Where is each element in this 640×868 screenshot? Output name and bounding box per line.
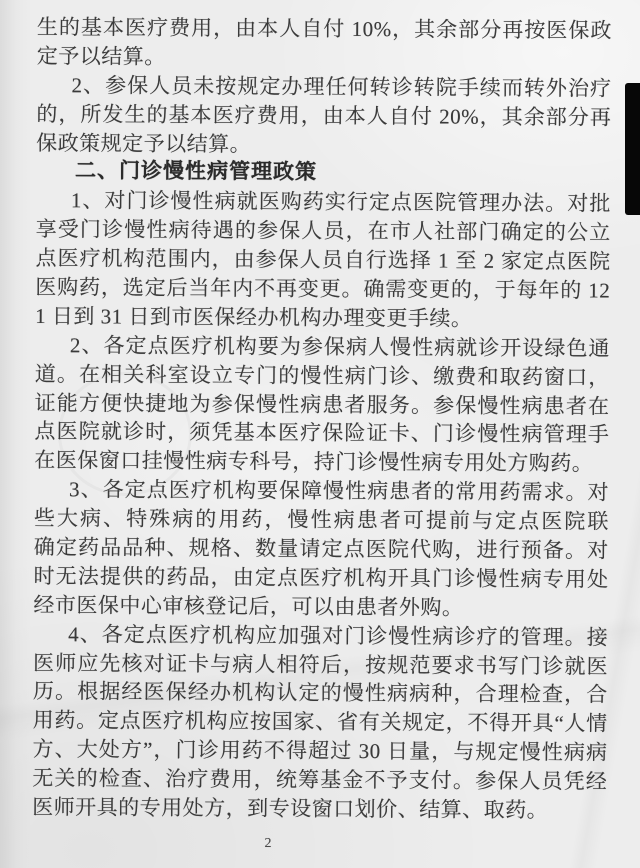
text-line: 在医保窗口挂慢性病专科号，持门诊慢性病专用处方购药。 [34,446,609,478]
text-line: 证能方便快捷地为参保慢性病患者服务。参保慢性病患者在定 [35,389,610,421]
text-line: 1、对门诊慢性病就医购药实行定点医院管理办法。对批准 [36,186,611,218]
text-line: 1 日到 31 日到市医保经办机构办理变更手续。 [35,302,610,334]
text-line: 4、各定点医疗机构应加强对门诊慢性病诊疗的管理。接诊 [33,620,608,652]
text-line: 点医疗机构范围内，由参保人员自行选择 1 至 2 家定点医院就 [35,244,610,276]
text-line: 2、参保人员未按规定办理任何转诊转院手续而转外治疗 [36,71,611,103]
text-line: 医师应先核对证卡与病人相符后，按规范要求书写门诊就医病 [33,649,608,681]
text-line: 些大病、特殊病的用药，慢性病患者可提前与定点医院联系， [34,504,609,536]
text-line: 3、各定点医疗机构要保障慢性病患者的常用药需求。对一 [34,475,609,507]
scan-artifact-bar [625,83,640,215]
text-line: 点医院就诊时，须凭基本医疗保险证卡、门诊慢性病管理手册 [34,417,609,449]
text-line: 时无法提供的药品，由定点医疗机构开具门诊慢性病专用处方， [33,562,608,594]
text-line: 的，所发生的基本医疗费用，由本人自付 20%，其余部分再按医 [36,100,611,132]
text-line: 医购药，选定后当年内不再变更。确需变更的，于每年的 12 月 [35,273,610,305]
text-line: 医师开具的专用处方，到专设窗口划价、结算、取药。 [32,793,607,825]
text-line: 经市医保中心审核登记后，可以由患者外购。 [33,591,608,623]
page-number: 2 [255,836,281,852]
text-line: 生的基本医疗费用，由本人自付 10%，其余部分再按医保政策规 [37,13,612,45]
text-line: 方、大处方”，门诊用药不得超过 30 日量，与规定慢性病病种 [32,735,607,767]
scanned-page: 生的基本医疗费用，由本人自付 10%，其余部分再按医保政策规定予以结算。2、参保… [0,0,640,868]
text-line: 保政策规定予以结算。 [36,129,611,161]
text-line: 无关的检查、治疗费用，统筹基金不予支付。参保人员凭经治 [32,764,607,796]
text-line: 定予以结算。 [37,42,612,74]
text-line: 2、各定点医疗机构要为参保病人慢性病就诊开设绿色通 [35,331,610,363]
document-lines: 生的基本医疗费用，由本人自付 10%，其余部分再按医保政策规定予以结算。2、参保… [32,13,612,825]
text-line: 确定药品品种、规格、数量请定点医院代购，进行预备。对暂 [34,533,609,565]
text-line: 享受门诊慢性病待遇的参保人员，在市人社部门确定的公立定 [36,215,611,247]
text-line: 道。在相关科室设立专门的慢性病门诊、缴费和取药窗口，保 [35,360,610,392]
text-line: 历。根据经医保经办机构认定的慢性病病种，合理检查，合理 [33,677,608,709]
text-line: 用药。定点医疗机构应按国家、省有关规定，不得开具“人情 [33,706,608,738]
section-heading: 二、门诊慢性病管理政策 [36,157,611,189]
document-body: 生的基本医疗费用，由本人自付 10%，其余部分再按医保政策规定予以结算。2、参保… [32,13,612,825]
